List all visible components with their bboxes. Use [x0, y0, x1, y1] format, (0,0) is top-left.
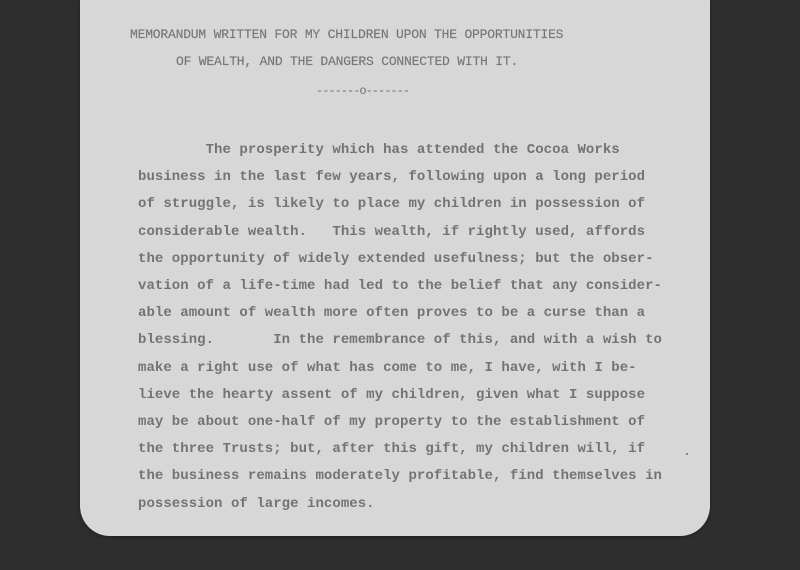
memo-body-line: the three Trusts; but, after this gift, … — [138, 441, 645, 457]
memo-body-line: the opportunity of widely extended usefu… — [138, 251, 654, 267]
memo-body-line: blessing. In the remembrance of this, an… — [138, 332, 662, 348]
memo-body-line: of struggle, is likely to place my child… — [138, 196, 645, 212]
memo-body-line: able amount of wealth more often proves … — [138, 305, 645, 321]
memo-body-line: possession of large incomes. — [138, 496, 375, 512]
memo-body-line: The prosperity which has attended the Co… — [138, 142, 620, 158]
memo-body-line: lieve the hearty assent of my children, … — [138, 387, 645, 403]
memo-body-line: the business remains moderately profitab… — [138, 468, 662, 484]
ink-speck — [686, 453, 688, 455]
document-page: MEMORANDUM WRITTEN FOR MY CHILDREN UPON … — [80, 0, 710, 536]
memo-body-line: business in the last few years, followin… — [138, 169, 645, 185]
title-separator: -------o------- — [316, 84, 409, 98]
memo-body-line: make a right use of what has come to me,… — [138, 360, 637, 376]
memo-title-line-1: MEMORANDUM WRITTEN FOR MY CHILDREN UPON … — [130, 27, 710, 42]
memo-body-line: may be about one-half of my property to … — [138, 414, 645, 430]
memo-title-line-2: OF WEALTH, AND THE DANGERS CONNECTED WIT… — [176, 54, 710, 69]
memo-body-line: vation of a life-time had led to the bel… — [138, 278, 662, 294]
memo-body-line: considerable wealth. This wealth, if rig… — [138, 224, 645, 240]
